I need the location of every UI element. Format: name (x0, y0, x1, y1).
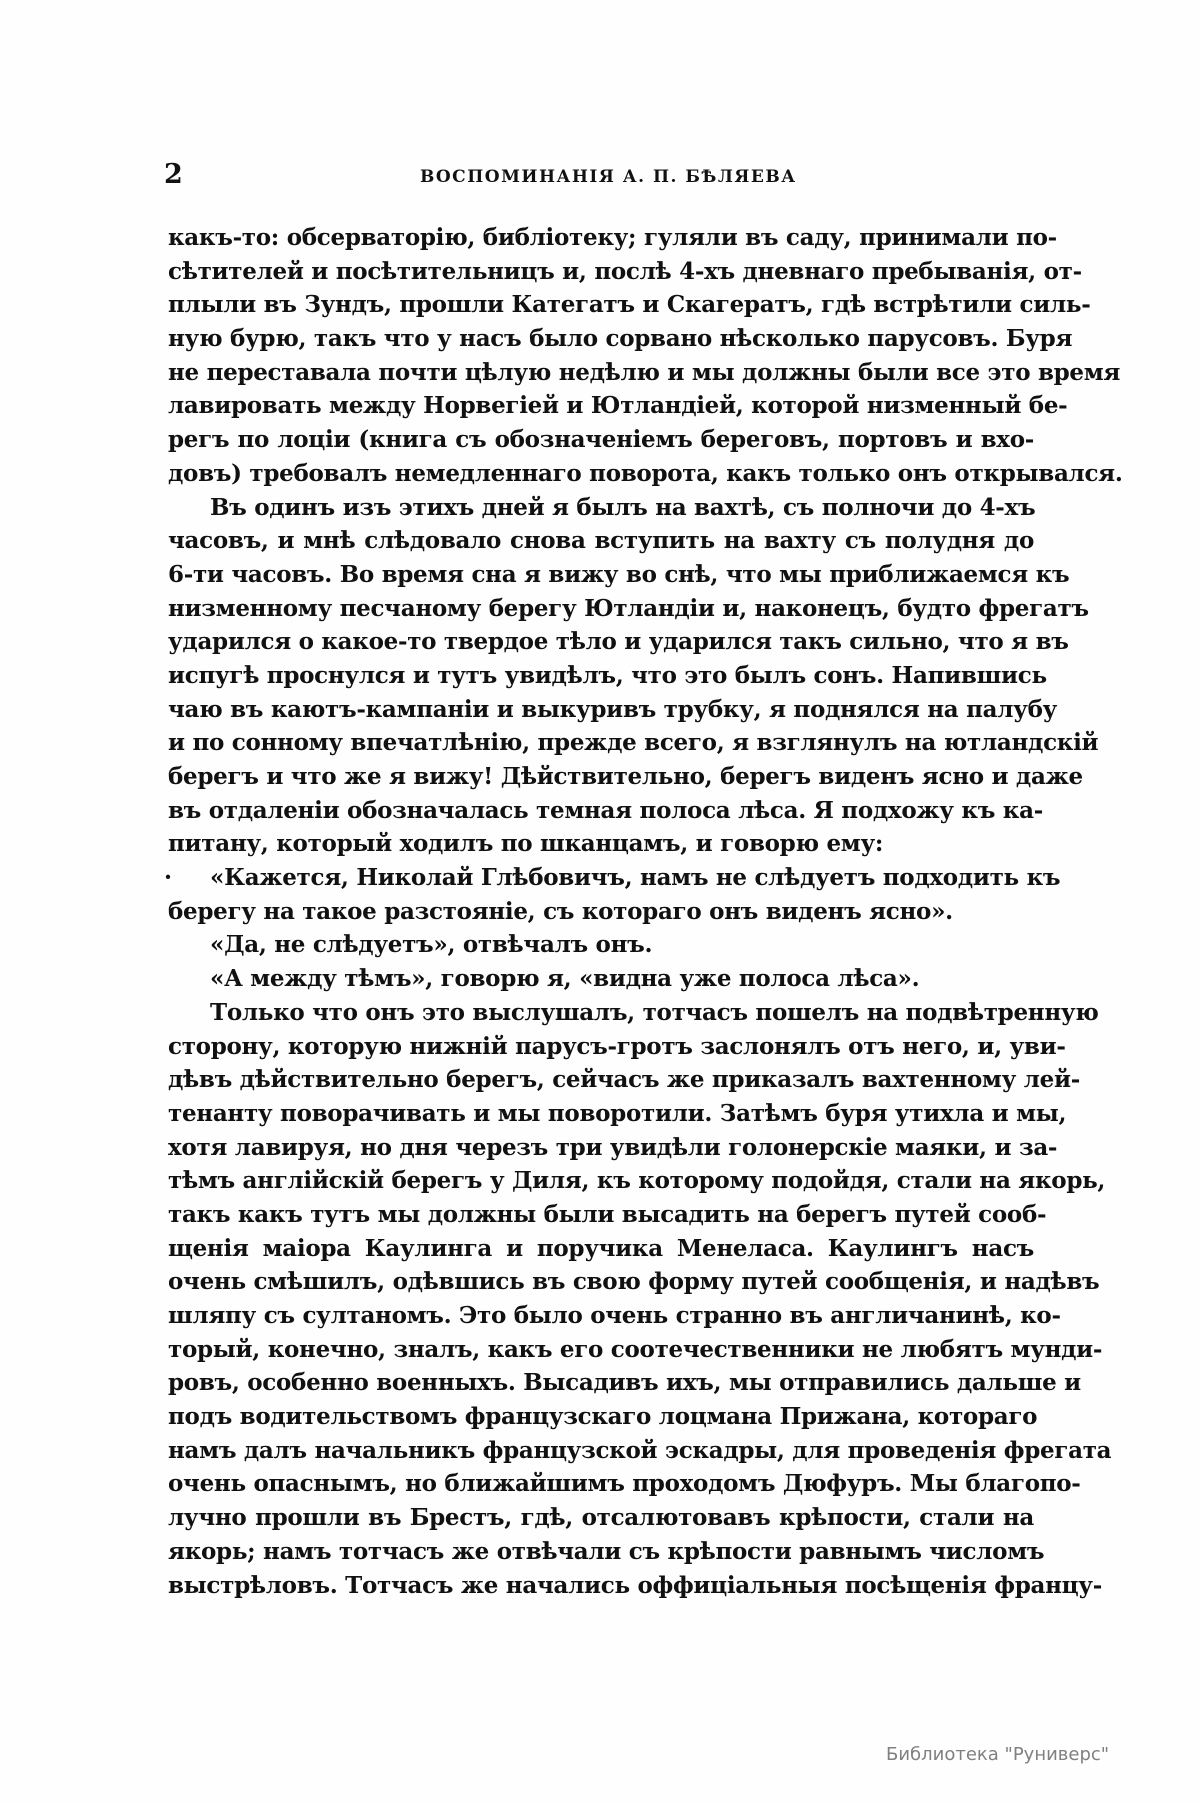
text-line: такъ какъ тутъ мы должны были высадить н… (168, 1198, 1034, 1232)
text-line: 6-ти часовъ. Во время сна я вижу во снѣ,… (168, 558, 1034, 592)
text-line: очень смѣшилъ, одѣвшись въ свою форму пу… (168, 1265, 1034, 1299)
text-line: плыли въ Зундъ, прошли Категатъ и Скагер… (168, 288, 1034, 322)
text-line: очень опаснымъ, но ближайшимъ проходомъ … (168, 1467, 1034, 1501)
text-line: ударился о какое-то твердое тѣло и удари… (168, 625, 1034, 659)
body-text: какъ-то: обсерваторію, библіотеку; гулял… (168, 221, 1034, 1602)
text-line: лучно прошли въ Брестъ, гдѣ, отсалютовав… (168, 1501, 1034, 1535)
text-line: питану, который ходилъ по шканцамъ, и го… (168, 827, 1034, 861)
text-line: какъ-то: обсерваторію, библіотеку; гулял… (168, 221, 1034, 255)
text-line: низменному песчаному берегу Ютландіи и, … (168, 592, 1034, 626)
text-line: въ отдаленіи обозначалась темная полоса … (168, 794, 1034, 828)
text-line: и по сонному впечатлѣнію, прежде всего, … (168, 726, 1034, 760)
text-line: шляпу съ султаномъ. Это было очень стран… (168, 1299, 1034, 1333)
text-line: «Да, не слѣдуетъ», отвѣчалъ онъ. (168, 928, 1034, 962)
text-line: «А между тѣмъ», говорю я, «видна уже пол… (168, 962, 1034, 996)
text-line: тенанту поворачивать и мы поворотили. За… (168, 1097, 1034, 1131)
text-line: ную бурю, такъ что у насъ было сорвано н… (168, 322, 1034, 356)
text-line: чаю въ каютъ-кампаніи и выкуривъ трубку,… (168, 693, 1034, 727)
text-line: довъ) требовалъ немедленнаго поворота, к… (168, 457, 1034, 491)
text-line: сторону, которую нижній парусъ-гротъ зас… (168, 1030, 1034, 1064)
text-line: берегу на такое разстояніе, съ котораго … (168, 895, 1034, 929)
text-line: «Кажется, Николай Глѣбовичъ, намъ не слѣ… (168, 861, 1034, 895)
text-line: Только что онъ это выслушалъ, тотчасъ по… (168, 996, 1034, 1030)
text-line: подъ водительствомъ французскаго лоцмана… (168, 1400, 1034, 1434)
page-number: 2 (164, 160, 183, 190)
text-line: торый, конечно, зналъ, какъ его соотечес… (168, 1333, 1034, 1367)
library-watermark: Библиотека "Руниверс" (886, 1744, 1109, 1765)
text-line: лавировать между Норвегіей и Ютландіей, … (168, 389, 1034, 423)
text-line: щенія маіора Каулинга и поручика Менелас… (168, 1232, 1034, 1266)
text-line: ровъ, особенно военныхъ. Высадивъ ихъ, м… (168, 1366, 1034, 1400)
text-line: не переставала почти цѣлую недѣлю и мы д… (168, 356, 1034, 390)
text-line: выстрѣловъ. Тотчасъ же начались оффиціал… (168, 1569, 1034, 1603)
text-line: испугѣ проснулся и тутъ увидѣлъ, что это… (168, 659, 1034, 693)
text-line: регъ по лоціи (книга съ обозначеніемъ бе… (168, 423, 1034, 457)
text-line: хотя лавируя, но дня черезъ три увидѣли … (168, 1131, 1034, 1165)
text-line: сѣтителей и посѣтительницъ и, послѣ 4-хъ… (168, 255, 1034, 289)
text-line: Въ одинъ изъ этихъ дней я былъ на вахтѣ,… (168, 491, 1034, 525)
text-line: берегъ и что же я вижу! Дѣйствительно, б… (168, 760, 1034, 794)
text-line: дѣвъ дѣйствительно берегъ, сейчасъ же пр… (168, 1063, 1034, 1097)
text-line: якорь; намъ тотчасъ же отвѣчали съ крѣпо… (168, 1535, 1034, 1569)
text-line: часовъ, и мнѣ слѣдовало снова вступить н… (168, 524, 1034, 558)
text-line: намъ далъ начальникъ французской эскадры… (168, 1434, 1034, 1468)
text-line: тѣмъ англійскій берегъ у Диля, къ которо… (168, 1164, 1034, 1198)
running-head: ВОСПОМИНАНІЯ А. П. БѢЛЯЕВА (420, 166, 800, 188)
